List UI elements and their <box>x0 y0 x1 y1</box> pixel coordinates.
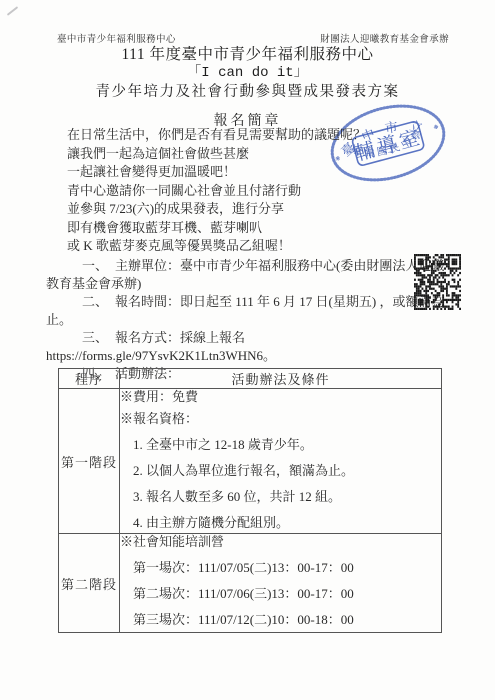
table-row-stage2: 第二階段 ※社會知能培訓營 第一場次：111/07/05(二)13：00-17：… <box>59 534 442 633</box>
detail-line: 3. 報名人數至多 60 位，共計 12 組。 <box>133 489 441 505</box>
header-stage: 程序 <box>59 369 120 389</box>
item-marker: 三、 <box>82 330 108 345</box>
intro-line: 在日常生活中，你們是否有看見需要幫助的議題呢？ <box>67 126 366 145</box>
list-item-organizer: 一、主辦單位：臺中市青少年福利服務中心(委由財團法人迎曦教育基金會承辦) <box>46 257 456 293</box>
detail-line: 2. 以個人為單位進行報名，額滿為止。 <box>133 463 441 479</box>
stamp-ornament-right-icon: ❋ <box>433 123 440 131</box>
info-list: 一、主辦單位：臺中市青少年福利服務中心(委由財團法人迎曦教育基金會承辦) 二、報… <box>46 257 456 383</box>
intro-paragraph: 在日常生活中，你們是否有看見需要幫助的議題呢？ 讓我們一起為這個社會做些甚麼 一… <box>67 126 366 256</box>
item-text: 報名方式：採線上報名 https://forms.gle/97YsvK2K1Lt… <box>46 330 276 363</box>
item-marker: 一、 <box>82 258 108 273</box>
detail-line: ※費用：免費 <box>120 389 441 405</box>
detail-line: ※報名資格： <box>120 411 441 427</box>
table-header-row: 程序 活動辦法及條件 <box>59 369 442 389</box>
title-line-2: 「I can do it」 <box>0 64 495 83</box>
details-cell: ※社會知能培訓營 第一場次：111/07/05(二)13：00-17：00 第二… <box>120 534 442 633</box>
scan-pen-mark <box>7 6 18 16</box>
detail-line: 第一場次：111/07/05(二)13：00-17：00 <box>133 560 441 576</box>
item-marker: 二、 <box>82 294 108 309</box>
qr-code <box>414 254 461 310</box>
stage-cell: 第一階段 <box>59 389 120 534</box>
details-cell: ※費用：免費 ※報名資格： 1. 全臺中市之 12-18 歲青少年。 2. 以個… <box>120 389 442 534</box>
intro-line: 即有機會獲取藍芽耳機、藍芽喇叭 <box>67 219 366 238</box>
intro-line: 並參與 7/23(六)的成果發表，進行分享 <box>67 200 366 219</box>
intro-line: 青中心邀請你一同關心社會並且付諸行動 <box>67 182 366 201</box>
scanned-flyer-page: 臺中市青少年福利服務中心 財團法人迎曦教育基金會承辦 111 年度臺中市青少年福… <box>0 0 495 700</box>
header-organizer: 臺中市青少年福利服務中心 <box>57 31 176 45</box>
detail-line: ※社會知能培訓營 <box>120 534 441 550</box>
detail-line: 第二場次：111/07/06(三)13：00-17：00 <box>133 586 441 602</box>
header-details: 活動辦法及條件 <box>120 369 442 389</box>
list-item-deadline: 二、報名時間：即日起至 111 年 6 月 17 日(星期五) ，或額滿為止。 <box>46 293 456 329</box>
detail-line: 4. 由主辦方隨機分配組別。 <box>133 515 441 531</box>
stage-cell: 第二階段 <box>59 534 120 633</box>
intro-line: 或 K 歌藍芽麥克風等優異獎品乙組喔！ <box>67 237 366 256</box>
intro-line: 讓我們一起為這個社會做些甚麼 <box>67 145 366 164</box>
detail-line: 1. 全臺中市之 12-18 歲青少年。 <box>133 437 441 453</box>
detail-line: 第三場次：111/07/12(二)10：00-18：00 <box>133 612 441 628</box>
list-item-signup-url: 三、報名方式：採線上報名 https://forms.gle/97YsvK2K1… <box>46 329 456 365</box>
header-contractor: 財團法人迎曦教育基金會承辦 <box>320 31 449 45</box>
activity-table: 程序 活動辦法及條件 第一階段 ※費用：免費 ※報名資格： 1. 全臺中市之 1… <box>58 368 442 633</box>
intro-line: 一起讓社會變得更加溫暖吧！ <box>67 163 366 182</box>
table-row-stage1: 第一階段 ※費用：免費 ※報名資格： 1. 全臺中市之 12-18 歲青少年。 … <box>59 389 442 534</box>
title-line-1: 111 年度臺中市青少年福利服務中心 <box>0 46 495 64</box>
